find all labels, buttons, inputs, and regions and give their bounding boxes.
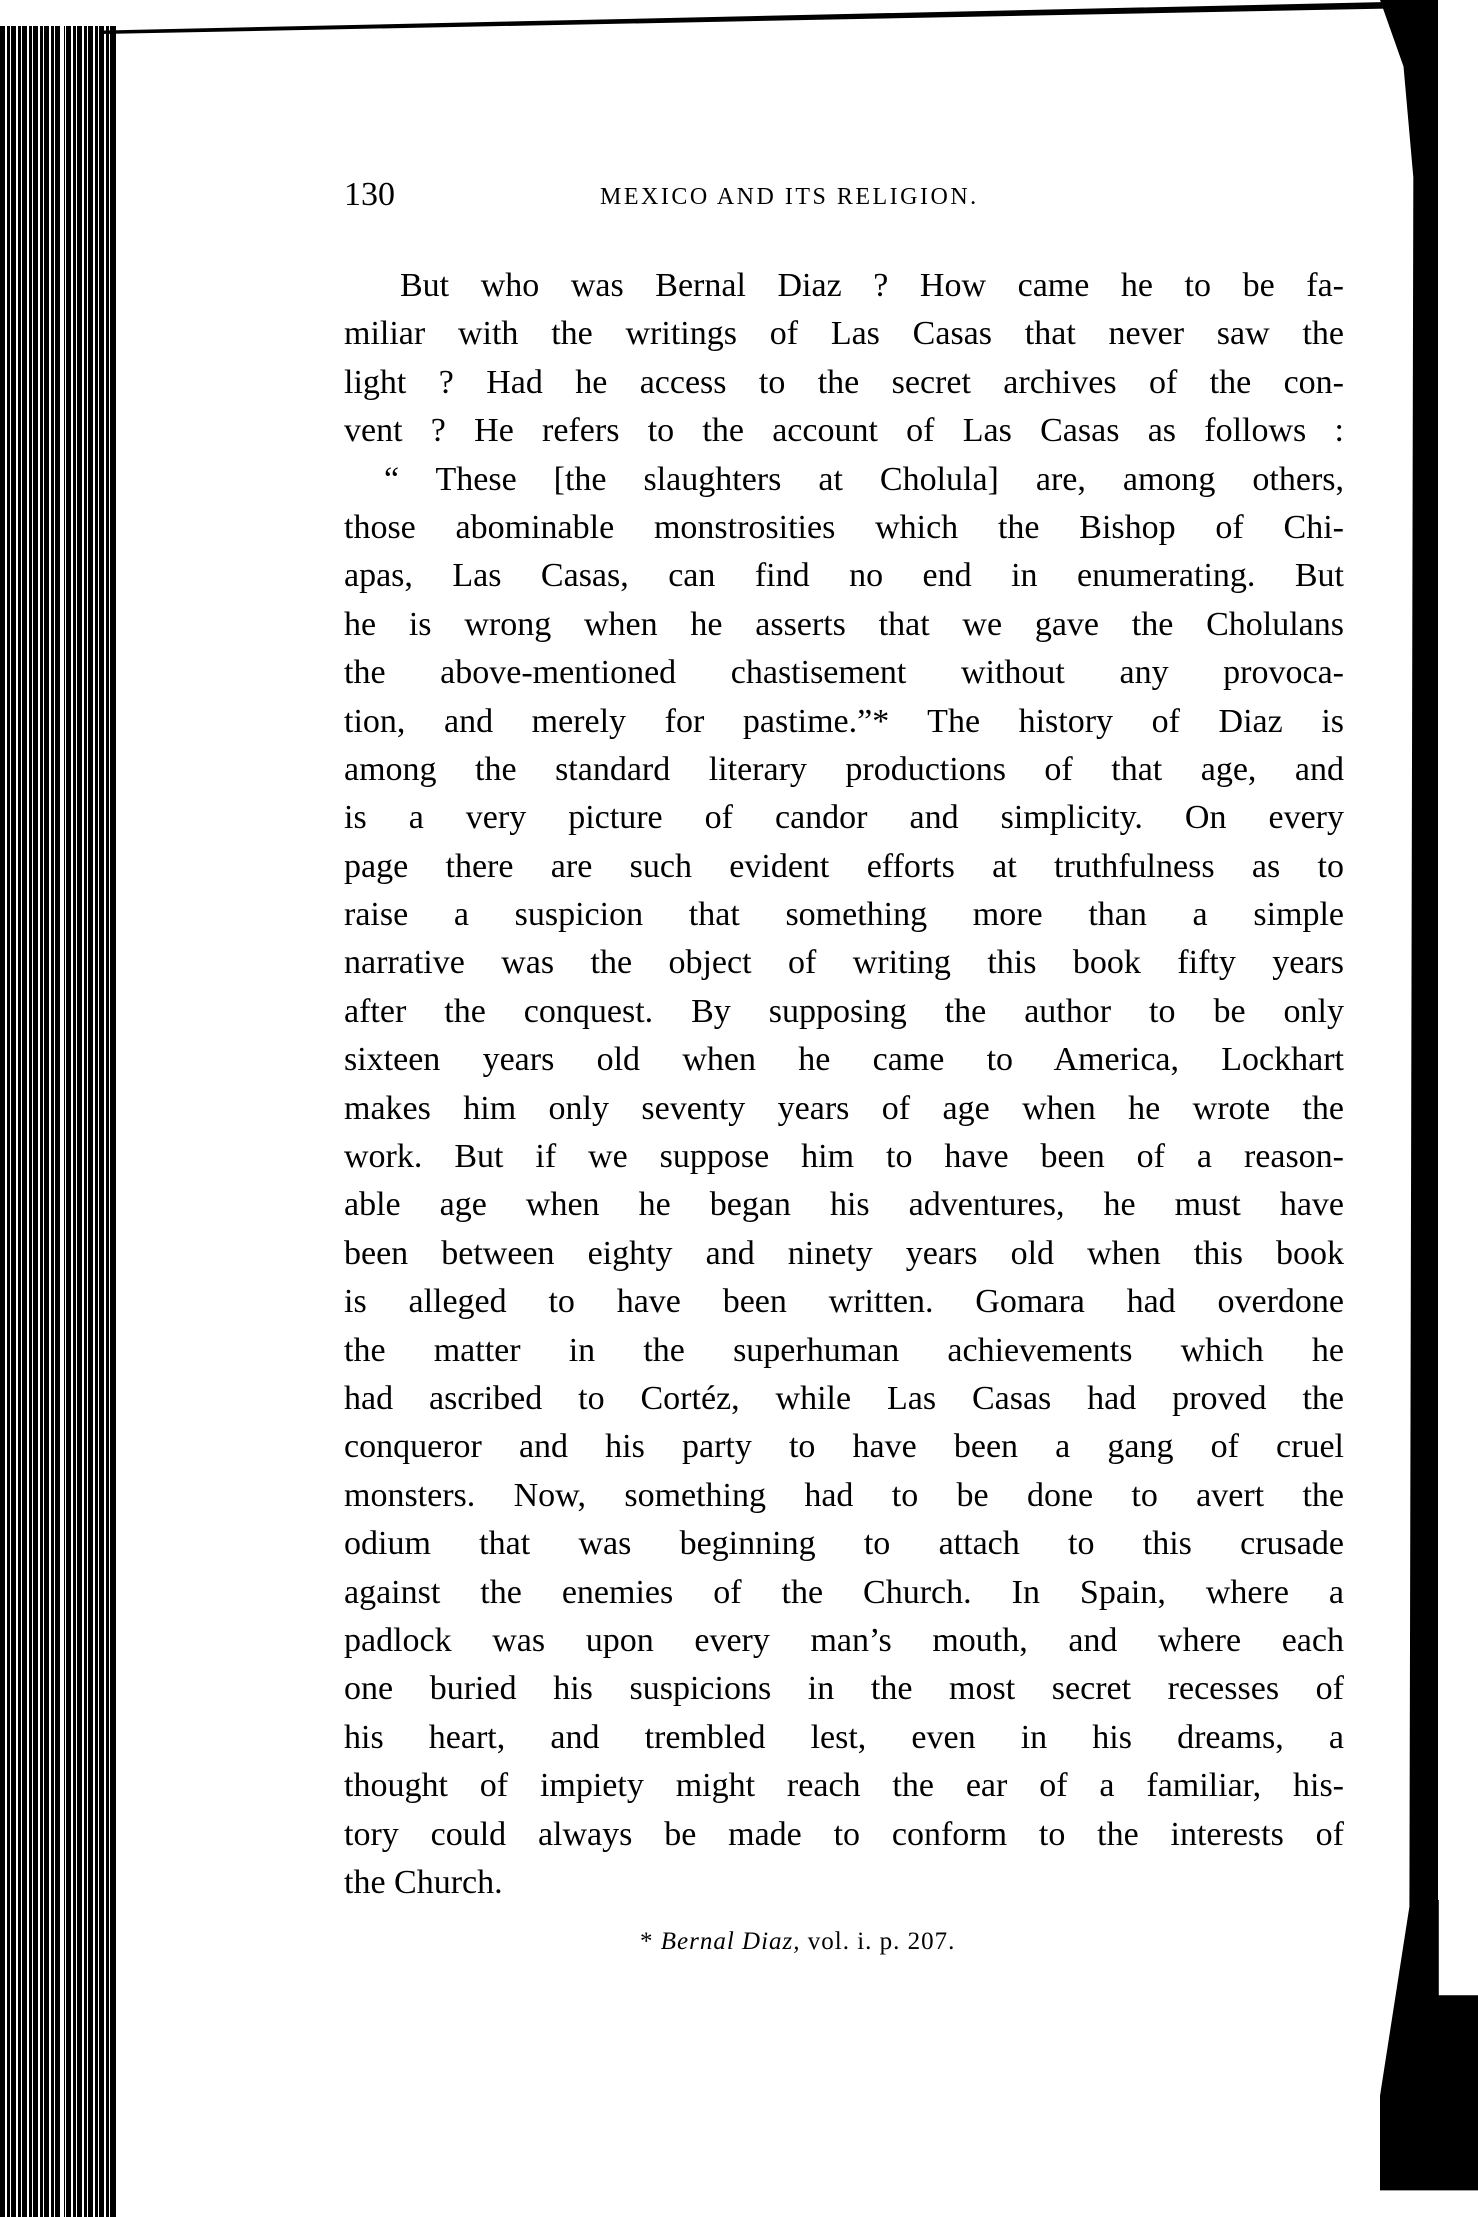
binding-gap bbox=[60, 26, 64, 2217]
text-line-last: the Church. bbox=[344, 1859, 1344, 1907]
text-line: monsters. Now, something had to be done … bbox=[344, 1472, 1344, 1520]
scanned-book-page: 130 MEXICO AND ITS RELIGION. But who was… bbox=[0, 0, 1478, 2217]
footnote-marker: * bbox=[640, 1928, 654, 1955]
footnote-reference: vol. i. p. 207. bbox=[808, 1928, 956, 1955]
text-line: the above-mentioned chastisement without… bbox=[344, 649, 1344, 697]
text-line: padlock was upon every man’s mouth, and … bbox=[344, 1617, 1344, 1665]
text-line: one buried his suspicions in the most se… bbox=[344, 1665, 1344, 1713]
top-scan-shadow bbox=[100, 0, 1478, 34]
text-line: after the conquest. By supposing the aut… bbox=[344, 988, 1344, 1036]
text-line: odium that was beginning to attach to th… bbox=[344, 1520, 1344, 1568]
text-line: vent ? He refers to the account of Las C… bbox=[344, 407, 1344, 455]
text-line: the matter in the superhuman achievement… bbox=[344, 1327, 1344, 1375]
text-line: thought of impiety might reach the ear o… bbox=[344, 1762, 1344, 1810]
text-line: raise a suspicion that something more th… bbox=[344, 891, 1344, 939]
text-line: light ? Had he access to the secret arch… bbox=[344, 359, 1344, 407]
page-number: 130 bbox=[344, 176, 395, 214]
text-line: tory could always be made to conform to … bbox=[344, 1811, 1344, 1859]
page-header: 130 MEXICO AND ITS RELIGION. bbox=[344, 176, 1344, 216]
running-title: MEXICO AND ITS RELIGION. bbox=[600, 184, 979, 211]
footnote: * Bernal Diaz, vol. i. p. 207. bbox=[640, 1928, 955, 1956]
text-line: among the standard literary productions … bbox=[344, 746, 1344, 794]
text-line: makes him only seventy years of age when… bbox=[344, 1085, 1344, 1133]
book-binding-edge bbox=[0, 26, 116, 2217]
text-line: conqueror and his party to have been a g… bbox=[344, 1423, 1344, 1471]
text-line: tion, and merely for pastime.”* The hist… bbox=[344, 698, 1344, 746]
text-line: work. But if we suppose him to have been… bbox=[344, 1133, 1344, 1181]
text-line: sixteen years old when he came to Americ… bbox=[344, 1036, 1344, 1084]
text-line: he is wrong when he asserts that we gave… bbox=[344, 601, 1344, 649]
binding-edge-line bbox=[112, 26, 116, 2217]
text-line: been between eighty and ninety years old… bbox=[344, 1230, 1344, 1278]
text-line: apas, Las Casas, can find no end in enum… bbox=[344, 552, 1344, 600]
footnote-source: Bernal Diaz, bbox=[661, 1928, 801, 1955]
body-text: But who was Bernal Diaz ? How came he to… bbox=[344, 262, 1344, 1907]
text-line: is alleged to have been written. Gomara … bbox=[344, 1278, 1344, 1326]
text-line: those abominable monstrosities which the… bbox=[344, 504, 1344, 552]
text-line: had ascribed to Cortéz, while Las Casas … bbox=[344, 1375, 1344, 1423]
quote-line: “ These [the slaughters at Cholula] are,… bbox=[344, 456, 1344, 504]
text-line: against the enemies of the Church. In Sp… bbox=[344, 1569, 1344, 1617]
text-line: able age when he began his adventures, h… bbox=[344, 1181, 1344, 1229]
text-line: his heart, and trembled lest, even in hi… bbox=[344, 1714, 1344, 1762]
text-line: page there are such evident efforts at t… bbox=[344, 843, 1344, 891]
text-line: narrative was the object of writing this… bbox=[344, 939, 1344, 987]
right-margin-background bbox=[1438, 0, 1478, 1900]
text-line: is a very picture of candor and simplici… bbox=[344, 794, 1344, 842]
text-line: But who was Bernal Diaz ? How came he to… bbox=[344, 262, 1344, 310]
text-line: miliar with the writings of Las Casas th… bbox=[344, 310, 1344, 358]
